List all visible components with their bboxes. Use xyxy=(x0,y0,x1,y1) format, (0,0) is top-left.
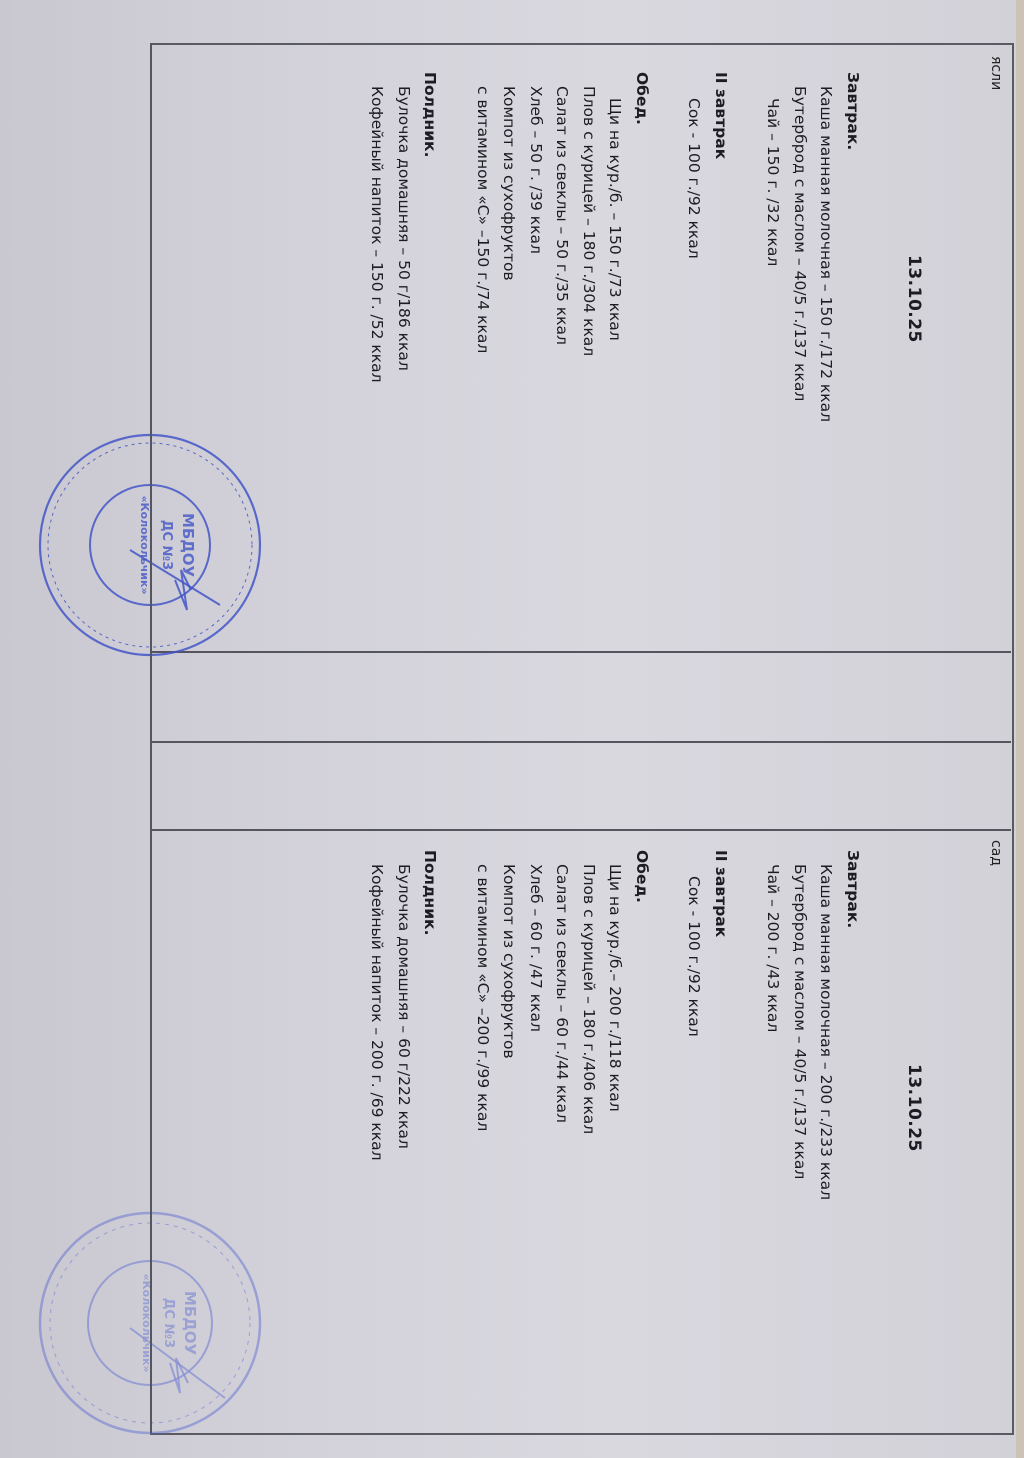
menu-item: с витамином «С» –150 г./74 ккал xyxy=(470,72,497,422)
menu-item: Плов с курицей – 180 г./304 ккал xyxy=(576,72,603,422)
menu-item: Компот из сухофруктов xyxy=(496,72,523,422)
menu-item: Салат из свеклы – 60 г./44 ккал xyxy=(549,850,576,1200)
menu-item: Сок - 100 г./92 ккал xyxy=(681,72,708,422)
paper-edge xyxy=(1016,0,1024,1458)
menu-item: Салат из свеклы – 50 г./35 ккал xyxy=(549,72,576,422)
meal-title: Обед. xyxy=(629,72,656,422)
table-divider xyxy=(151,741,1011,743)
menu-item: Булочка домашняя – 50 г/186 ккал xyxy=(391,72,418,422)
menu-date: 13.10.25 xyxy=(904,1064,924,1152)
svg-text:ДС №3: ДС №3 xyxy=(159,520,174,570)
menu-item: Кофейный напиток – 200 г. /69 ккал xyxy=(364,850,391,1200)
meal-title: II завтрак xyxy=(708,850,735,1200)
table-divider xyxy=(151,829,1011,831)
menu-item: Хлеб – 50 г. /39 ккал xyxy=(523,72,550,422)
menu-item: Сок - 100 г./92 ккал xyxy=(681,850,708,1200)
menu-item: Каша манная молочная – 150 г./172 ккал xyxy=(813,72,840,422)
menu-item: Кофейный напиток – 150 г. /52 ккал xyxy=(364,72,391,422)
meal-title: Завтрак. xyxy=(840,850,867,1200)
menu-item: Бутерброд с маслом – 40/5 г./137 ккал xyxy=(787,72,814,422)
menu-list: Завтрак. Каша манная молочная – 200 г./2… xyxy=(364,850,866,1200)
menu-item: Чай – 150 г. /32 ккал xyxy=(760,72,787,422)
menu-list: Завтрак. Каша манная молочная – 150 г./1… xyxy=(364,72,866,422)
menu-item: Булочка домашняя – 60 г/222 ккал xyxy=(391,850,418,1200)
svg-text:МБДОУ: МБДОУ xyxy=(181,1291,199,1355)
table-left-border xyxy=(150,43,152,1433)
menu-item: Чай – 200 г. /43 ккал xyxy=(760,850,787,1200)
meal-title: Полдник. xyxy=(417,72,444,422)
menu-item: Щи на кур./б. – 150 г./73 ккал xyxy=(602,72,629,422)
svg-text:МБДОУ: МБДОУ xyxy=(179,513,197,577)
section-label: ясли xyxy=(988,56,1004,90)
meal-title: Полдник. xyxy=(417,850,444,1200)
meal-title: Завтрак. xyxy=(840,72,867,422)
menu-item: Бутерброд с маслом – 40/5 г./137 ккал xyxy=(787,850,814,1200)
menu-item: Хлеб – 60 г. /47 ккал xyxy=(523,850,550,1200)
menu-item: Каша манная молочная – 200 г./233 ккал xyxy=(813,850,840,1200)
meal-title: Обед. xyxy=(629,850,656,1200)
section-label: сад xyxy=(988,840,1004,866)
table-divider xyxy=(151,651,1011,653)
menu-item: с витамином «С» –200 г./99 ккал xyxy=(470,850,497,1200)
menu-item: Плов с курицей – 180 г./406 ккал xyxy=(576,850,603,1200)
menu-date: 13.10.25 xyxy=(904,255,924,343)
svg-text:ДС №3: ДС №3 xyxy=(161,1298,176,1348)
menu-item: Компот из сухофруктов xyxy=(496,850,523,1200)
meal-title: II завтрак xyxy=(708,72,735,422)
menu-item: Щи на кур./б.– 200 г./118 ккал xyxy=(602,850,629,1200)
